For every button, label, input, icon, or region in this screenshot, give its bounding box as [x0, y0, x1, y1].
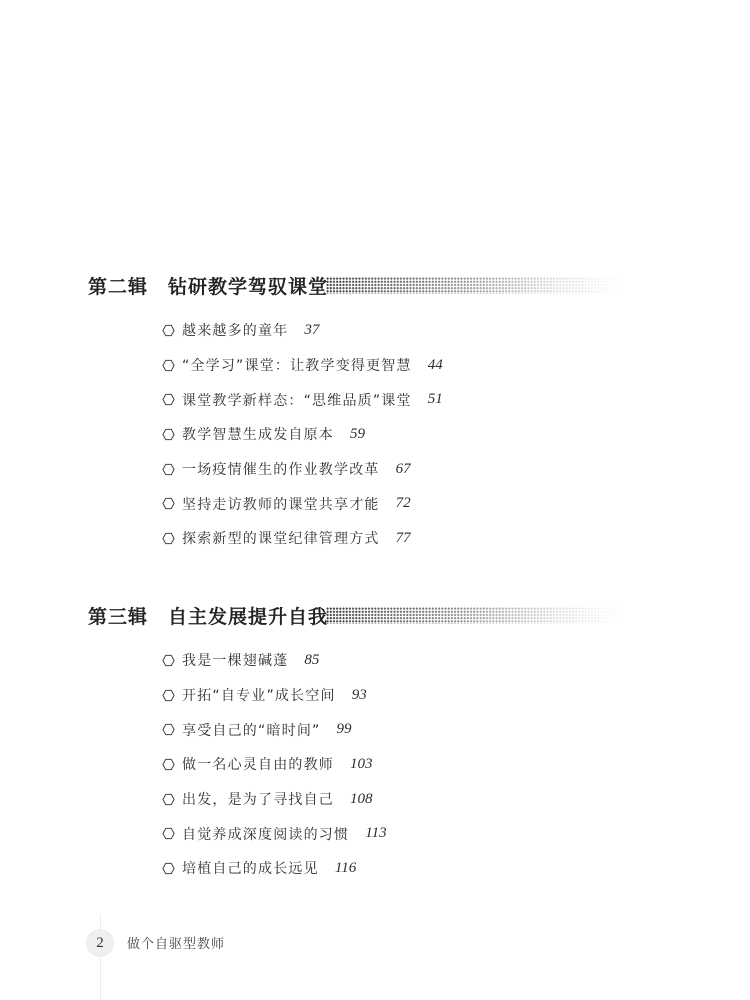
toc-entry-page: 59 [350, 426, 365, 443]
hexagon-bullet-icon [162, 723, 175, 736]
dot-gradient-band [326, 607, 621, 624]
page-footer: 2 做个自驱型教师 [0, 900, 750, 1000]
toc-entry[interactable]: 课堂教学新样态：“思维品质”课堂 51 [162, 382, 443, 417]
toc-entry-title: 自觉养成深度阅读的习惯 [182, 824, 349, 844]
toc-entry-title: 课堂教学新样态：“思维品质”课堂 [182, 390, 412, 410]
toc-entry[interactable]: 越来越多的童年 37 [162, 313, 443, 348]
toc-entry-page: 77 [396, 530, 411, 547]
page-number-badge: 2 [86, 929, 114, 957]
hexagon-bullet-icon [162, 497, 175, 510]
toc-entry[interactable]: 一场疫情催生的作业教学改革 67 [162, 452, 443, 487]
footer-divider [100, 914, 101, 1000]
section-header: 第三辑 自主发展提升自我 [88, 600, 328, 630]
section-label: 第三辑 [88, 602, 148, 629]
toc-entry-page: 37 [304, 322, 319, 339]
section-title: 自主发展提升自我 [168, 602, 328, 629]
hexagon-bullet-icon [162, 689, 175, 702]
toc-entry[interactable]: 做一名心灵自由的教师 103 [162, 747, 387, 782]
toc-entry-page: 44 [428, 357, 443, 374]
hexagon-bullet-icon [162, 758, 175, 771]
toc-entry-title: 开拓“自专业”成长空间 [182, 685, 336, 705]
toc-entry-page: 93 [352, 687, 367, 704]
section-title: 钻研教学驾驭课堂 [168, 272, 328, 299]
toc-entry-title: 教学智慧生成发自原本 [182, 424, 334, 444]
toc-entry[interactable]: 出发，是为了寻找自己 108 [162, 782, 387, 817]
hexagon-bullet-icon [162, 827, 175, 840]
hexagon-bullet-icon [162, 463, 175, 476]
toc-entry-page: 72 [396, 495, 411, 512]
running-title: 做个自驱型教师 [127, 933, 225, 952]
hexagon-bullet-icon [162, 359, 175, 372]
toc-entry[interactable]: 我是一棵翅碱蓬 85 [162, 643, 387, 678]
toc-list-section-3: 我是一棵翅碱蓬 85 开拓“自专业”成长空间 93 享受自己的“暗时间” 99 … [162, 643, 387, 886]
section-label: 第二辑 [88, 272, 148, 299]
toc-entry-page: 108 [350, 791, 373, 808]
toc-entry-page: 116 [335, 860, 356, 877]
toc-entry[interactable]: 开拓“自专业”成长空间 93 [162, 678, 387, 713]
toc-entry-title: 我是一棵翅碱蓬 [182, 650, 288, 670]
toc-entry-page: 51 [428, 391, 443, 408]
section-header: 第二辑 钻研教学驾驭课堂 [88, 270, 328, 300]
toc-entry-page: 67 [396, 461, 411, 478]
hexagon-bullet-icon [162, 793, 175, 806]
toc-entry[interactable]: 坚持走访教师的课堂共享才能 72 [162, 486, 443, 521]
toc-entry[interactable]: “全学习”课堂：让教学变得更智慧 44 [162, 348, 443, 383]
toc-entry-title: 坚持走访教师的课堂共享才能 [182, 494, 380, 514]
hexagon-bullet-icon [162, 862, 175, 875]
hexagon-bullet-icon [162, 393, 175, 406]
toc-entry[interactable]: 培植自己的成长远见 116 [162, 851, 387, 886]
toc-entry[interactable]: 享受自己的“暗时间” 99 [162, 712, 387, 747]
hexagon-bullet-icon [162, 532, 175, 545]
toc-entry-title: 出发，是为了寻找自己 [182, 789, 334, 809]
toc-entry-page: 85 [304, 652, 319, 669]
toc-entry[interactable]: 自觉养成深度阅读的习惯 113 [162, 816, 387, 851]
hexagon-bullet-icon [162, 654, 175, 667]
toc-entry-page: 99 [337, 721, 352, 738]
toc-entry-title: 探索新型的课堂纪律管理方式 [182, 528, 380, 548]
toc-entry-title: 一场疫情催生的作业教学改革 [182, 459, 380, 479]
dot-gradient-band [326, 277, 621, 294]
toc-entry-title: 享受自己的“暗时间” [182, 720, 321, 740]
hexagon-bullet-icon [162, 428, 175, 441]
hexagon-bullet-icon [162, 324, 175, 337]
toc-entry[interactable]: 教学智慧生成发自原本 59 [162, 417, 443, 452]
toc-entry[interactable]: 探索新型的课堂纪律管理方式 77 [162, 521, 443, 556]
toc-entry-title: 越来越多的童年 [182, 320, 288, 340]
toc-entry-page: 103 [350, 756, 373, 773]
toc-list-section-2: 越来越多的童年 37 “全学习”课堂：让教学变得更智慧 44 课堂教学新样态：“… [162, 313, 443, 556]
toc-entry-title: 做一名心灵自由的教师 [182, 754, 334, 774]
toc-entry-title: 培植自己的成长远见 [182, 858, 319, 878]
toc-entry-title: “全学习”课堂：让教学变得更智慧 [182, 355, 412, 375]
toc-entry-page: 113 [365, 825, 386, 842]
